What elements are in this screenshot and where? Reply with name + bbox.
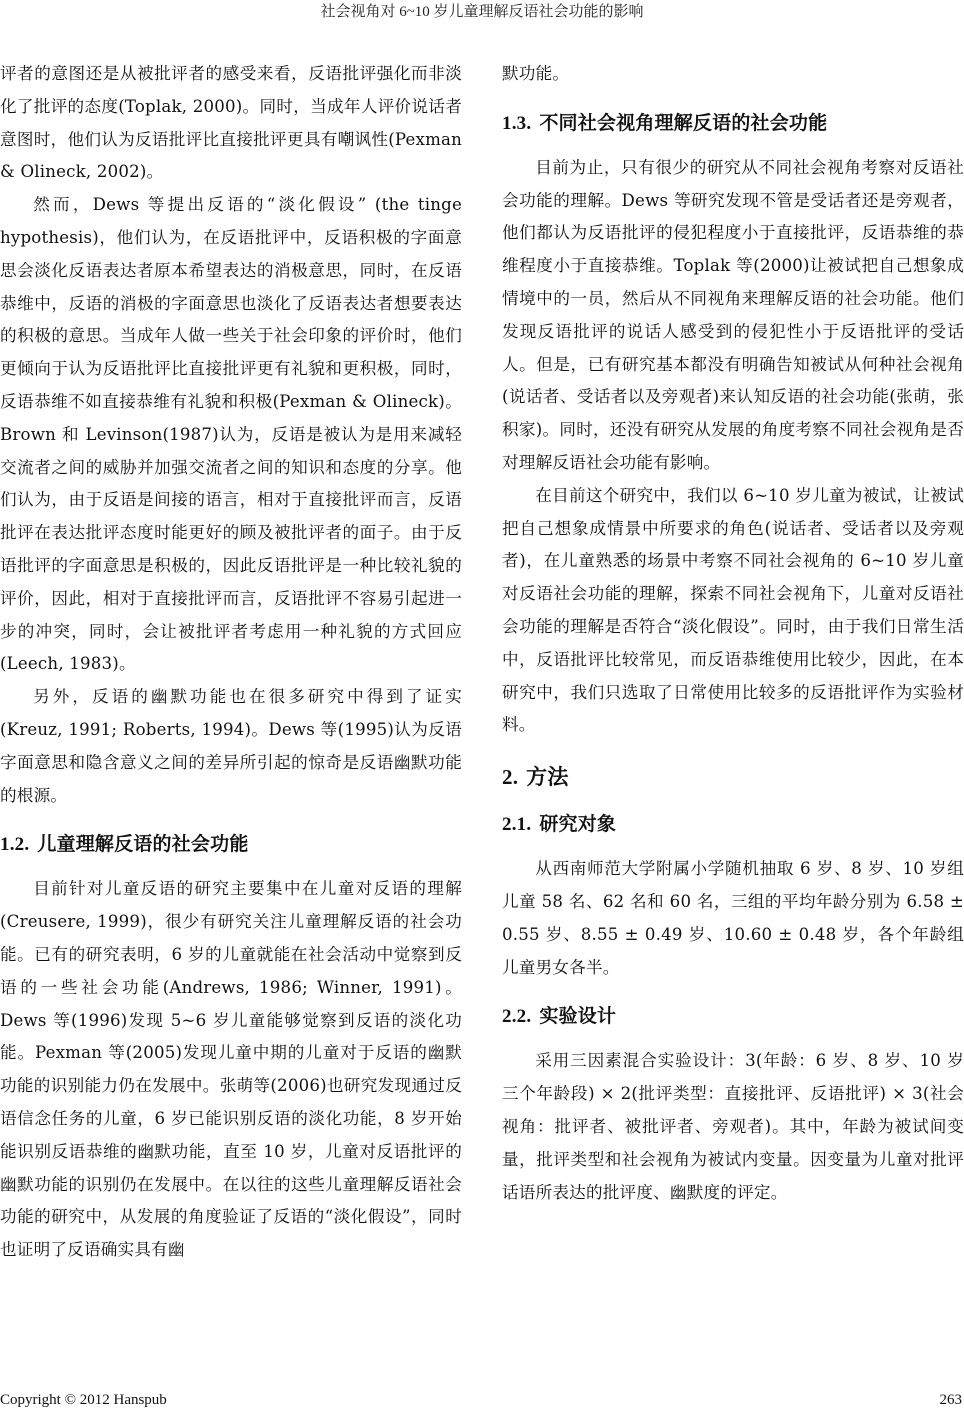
section-heading-2-1: 2.1.研究对象 bbox=[502, 810, 964, 839]
section-heading-1-3: 1.3.不同社会视角理解反语的社会功能 bbox=[502, 109, 964, 138]
running-header: 社会视角对 6~10 岁儿童理解反语社会功能的影响 bbox=[0, 2, 964, 22]
body-paragraph: 采用三因素混合实验设计：3(年龄：6 岁、8 岁、10 岁三个年龄段) × 2(… bbox=[502, 1045, 964, 1209]
section-title: 研究对象 bbox=[539, 813, 616, 835]
section-heading-2-2: 2.2.实验设计 bbox=[502, 1002, 964, 1031]
body-paragraph: 然而，Dews 等提出反语的“淡化假设” (the tinge hypothes… bbox=[0, 189, 462, 681]
body-paragraph: 默功能。 bbox=[502, 58, 964, 91]
section-heading-2: 2.方法 bbox=[502, 762, 964, 792]
right-column: 默功能。 1.3.不同社会视角理解反语的社会功能 目前为止，只有很少的研究从不同… bbox=[502, 58, 964, 1209]
copyright-footer: Copyright © 2012 Hanspub bbox=[0, 1392, 167, 1409]
section-title: 实验设计 bbox=[539, 1005, 616, 1027]
body-paragraph: 评者的意图还是从被批评者的感受来看，反语批评强化而非淡化了批评的态度(Topla… bbox=[0, 58, 462, 189]
section-number: 2.1. bbox=[502, 814, 531, 835]
section-number: 1.3. bbox=[502, 113, 531, 134]
section-number: 2. bbox=[502, 765, 518, 789]
section-number: 2.2. bbox=[502, 1006, 531, 1027]
section-title: 不同社会视角理解反语的社会功能 bbox=[539, 112, 827, 134]
body-paragraph: 目前针对儿童反语的研究主要集中在儿童对反语的理解(Creusere, 1999)… bbox=[0, 873, 462, 1267]
page-number: 263 bbox=[940, 1392, 963, 1409]
left-column: 评者的意图还是从被批评者的感受来看，反语批评强化而非淡化了批评的态度(Topla… bbox=[0, 58, 462, 1267]
section-heading-1-2: 1.2.儿童理解反语的社会功能 bbox=[0, 830, 462, 859]
body-paragraph: 从西南师范大学附属小学随机抽取 6 岁、8 岁、10 岁组儿童 58 名、62 … bbox=[502, 853, 964, 984]
section-number: 1.2. bbox=[0, 834, 29, 855]
body-paragraph: 另外，反语的幽默功能也在很多研究中得到了证实(Kreuz, 1991; Robe… bbox=[0, 681, 462, 812]
section-title: 儿童理解反语的社会功能 bbox=[37, 833, 248, 855]
section-title: 方法 bbox=[526, 765, 568, 789]
body-paragraph: 在目前这个研究中，我们以 6~10 岁儿童为被试，让被试把自己想象成情景中所要求… bbox=[502, 480, 964, 742]
body-paragraph: 目前为止，只有很少的研究从不同社会视角考察对反语社会功能的理解。Dews 等研究… bbox=[502, 152, 964, 480]
